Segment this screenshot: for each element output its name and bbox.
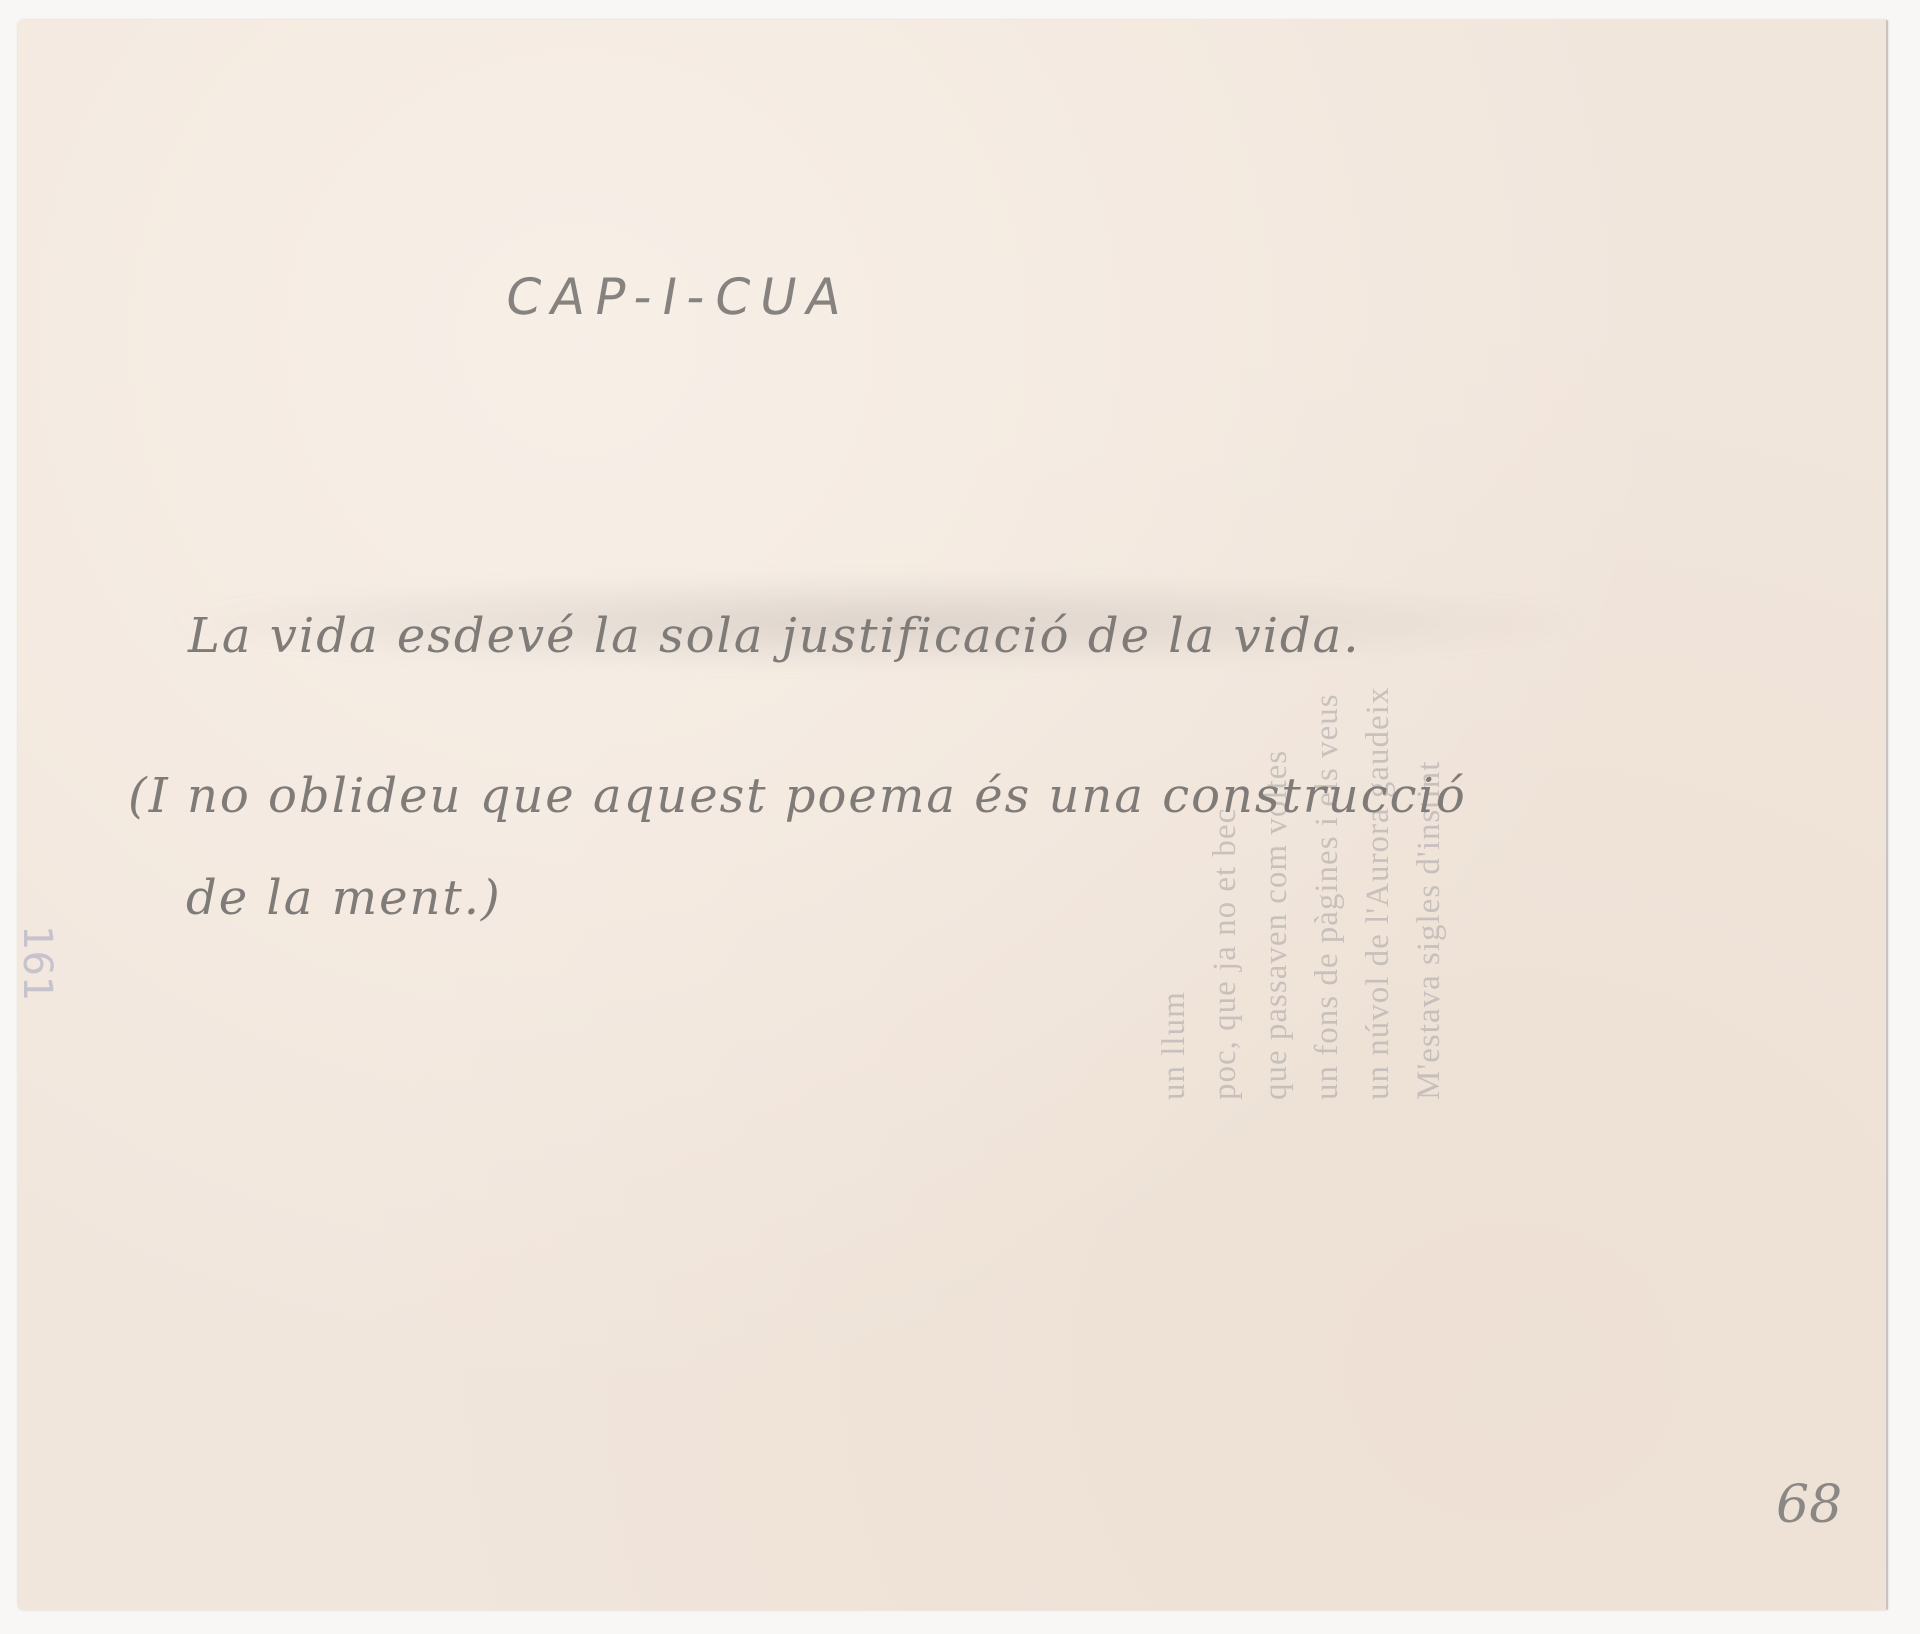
- text-line-2: (I no oblideu que aquest poema és una co…: [128, 768, 1467, 824]
- paper-sheet: M'estava sigles d'instint un núvol de l'…: [18, 20, 1888, 1610]
- poem-title: CAP-I-CUA: [501, 268, 856, 326]
- margin-number: 161: [14, 925, 60, 1001]
- scanned-page: M'estava sigles d'instint un núvol de l'…: [0, 0, 1920, 1634]
- page-number: 68: [1776, 1475, 1842, 1535]
- text-line-3: de la ment.): [186, 870, 502, 926]
- text-line-1: La vida esdevé la sola justificació de l…: [188, 608, 1361, 664]
